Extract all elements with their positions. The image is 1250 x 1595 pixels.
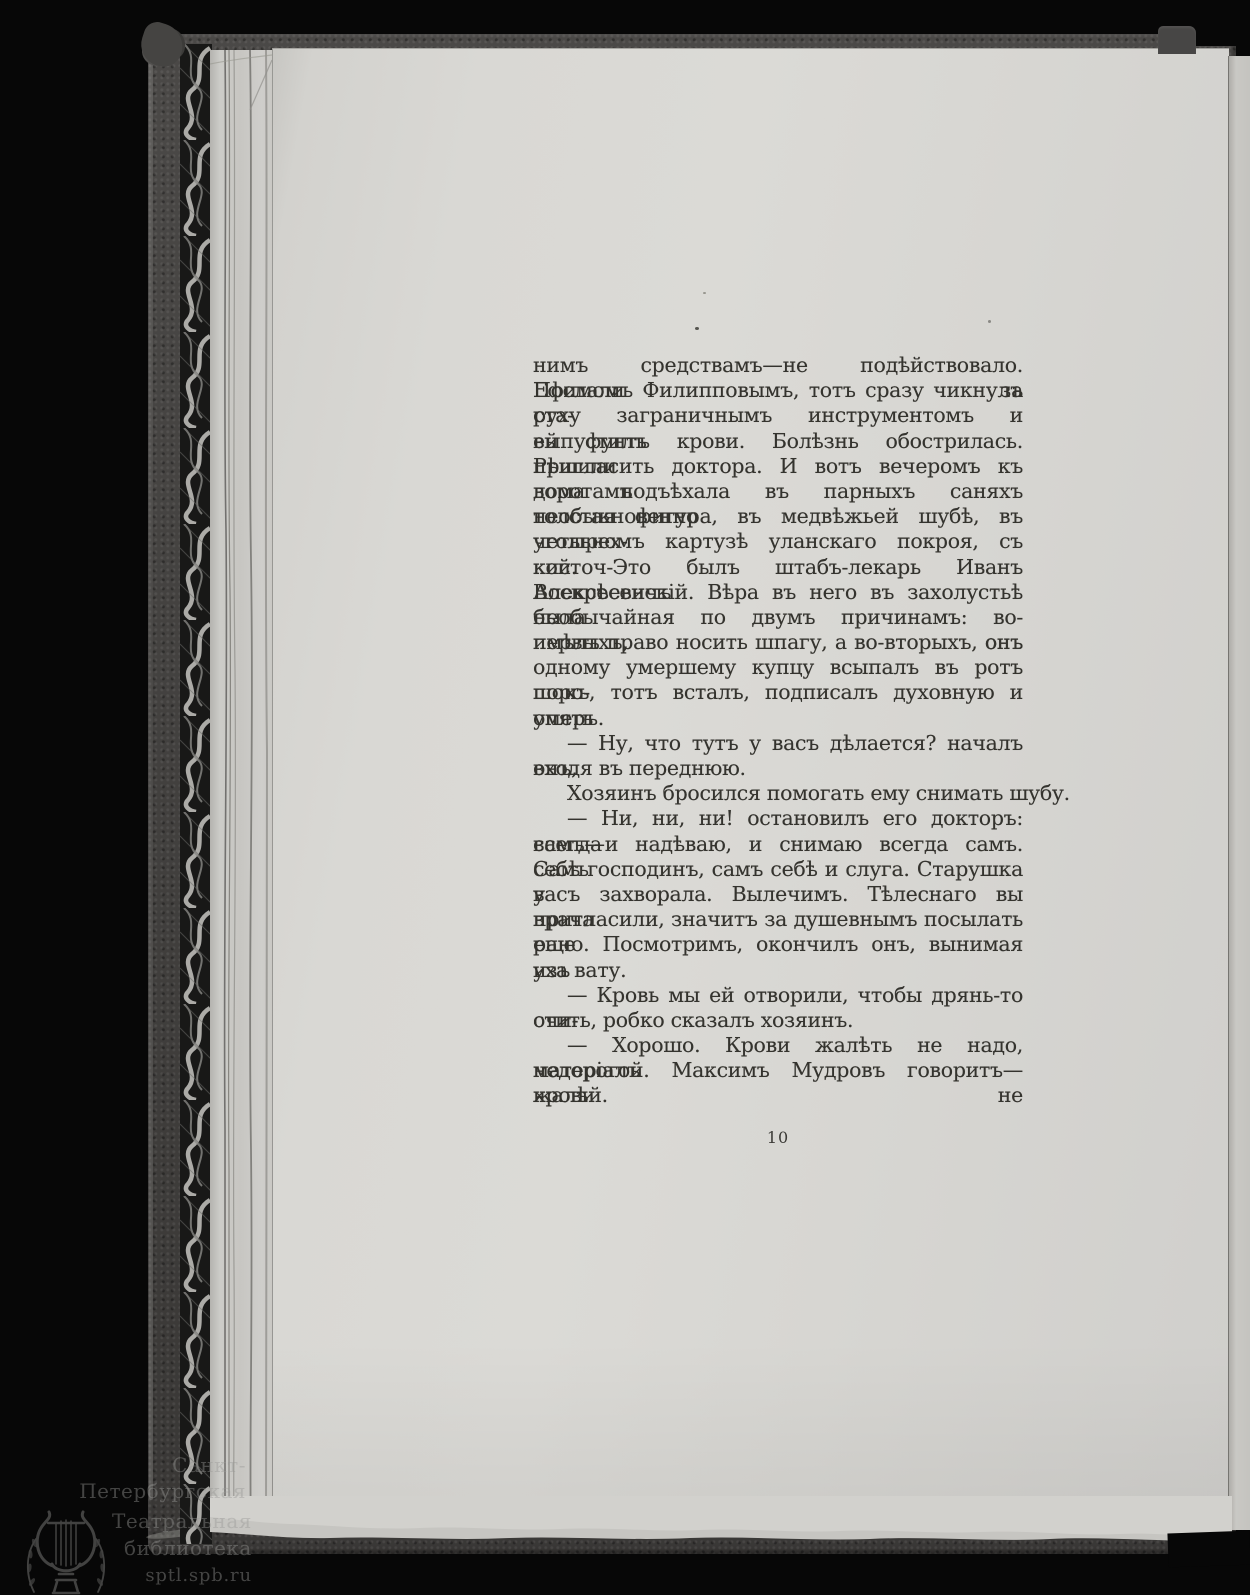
text-line: уха вату. xyxy=(533,958,1023,983)
text-line: одному умершему купцу всыпалъ въ ротъ по… xyxy=(533,655,1023,680)
text-line: нимъ средствамъ—не подѣйствовало. Послал… xyxy=(533,353,1023,378)
text-line: руху заграничнымъ инструментомъ и выпуст… xyxy=(533,403,1023,428)
text-line: — Ну, что тутъ у васъ дѣлается? началъ о… xyxy=(533,731,1023,756)
page-shading xyxy=(272,1340,1228,1496)
text-line: Ефимомъ Филипповымъ, тотъ сразу чикнулъ … xyxy=(533,378,1023,403)
text-line: Хозяинъ бросился помогать ему снимать шу… xyxy=(533,781,1023,806)
text-line: толстая фигура, въ медвѣжьей шубѣ, въ че… xyxy=(533,504,1023,529)
cover-edge-highlight xyxy=(149,60,153,1500)
underlying-page-edge xyxy=(1228,56,1250,1530)
background-mask xyxy=(1193,0,1250,46)
text-line: входя въ переднюю. xyxy=(533,756,1023,781)
text-line: кой. Это былъ штабъ-лекарь Иванъ Алексѣе… xyxy=(533,555,1023,580)
ink-speck xyxy=(703,292,706,294)
text-line: необычайная по двумъ причинамъ: во-первы… xyxy=(533,605,1023,630)
text-line: Воскресенскій. Вѣра въ него въ захолусть… xyxy=(533,580,1023,605)
text-line: имѣлъ право носить шпагу, а во-вторыхъ, … xyxy=(533,630,1023,655)
text-line: дома подъѣхала въ парныхъ саняхъ необыкн… xyxy=(533,479,1023,504)
ink-speck xyxy=(695,327,699,330)
text-line: ей фунтъ крови. Болѣзнь обострилась. Рѣш… xyxy=(533,429,1023,454)
text-line: самъ—и надѣваю, и снимаю всегда самъ. Са… xyxy=(533,832,1023,857)
text-line: недорогой. Максимъ Мудровъ говоритъ—кров… xyxy=(533,1058,1023,1083)
text-line: умеръ. xyxy=(533,706,1023,731)
text-line: пригласили, значитъ за душевнымъ посылат… xyxy=(533,907,1023,932)
cloth-tab xyxy=(1158,26,1196,54)
text-line: пригласить доктора. И вотъ вечеромъ къ в… xyxy=(533,454,1023,479)
text-line: — Ни, ни, ни! остановилъ его докторъ: вс… xyxy=(533,806,1023,831)
text-line: — Кровь мы ей отворили, чтобы дрянь-то о… xyxy=(533,983,1023,1008)
page-number: 10 xyxy=(533,1128,1023,1147)
text-line: угольномъ картузѣ уланскаго покроя, съ к… xyxy=(533,529,1023,554)
marbled-endpaper xyxy=(180,44,212,1544)
page-bottom-deckle xyxy=(210,1496,1232,1560)
ink-speck xyxy=(988,320,991,323)
text-line: васъ захворала. Вылечимъ. Тѣлеснаго вы в… xyxy=(533,882,1023,907)
text-line: стить, робко сказалъ хозяинъ. xyxy=(533,1008,1023,1033)
lyre-icon xyxy=(20,1508,112,1595)
text-line: — Хорошо. Крови жалѣть не надо, матеріал… xyxy=(533,1033,1023,1058)
page-edge-stack xyxy=(210,50,272,1528)
book-scan: нимъ средствамъ—не подѣйствовало. Послал… xyxy=(0,0,1250,1595)
text-line: себѣ господинъ, самъ себѣ и слуга. Стару… xyxy=(533,857,1023,882)
background-mask xyxy=(1167,1531,1250,1568)
text-line: рано. Посмотримъ, окончилъ онъ, вынимая … xyxy=(533,932,1023,957)
watermark-url: sptl.spb.ru xyxy=(112,1562,252,1589)
text-line: шокъ, тотъ всталъ, подписалъ духовную и … xyxy=(533,680,1023,705)
page-text: нимъ средствамъ—не подѣйствовало. Послал… xyxy=(533,353,1023,1109)
